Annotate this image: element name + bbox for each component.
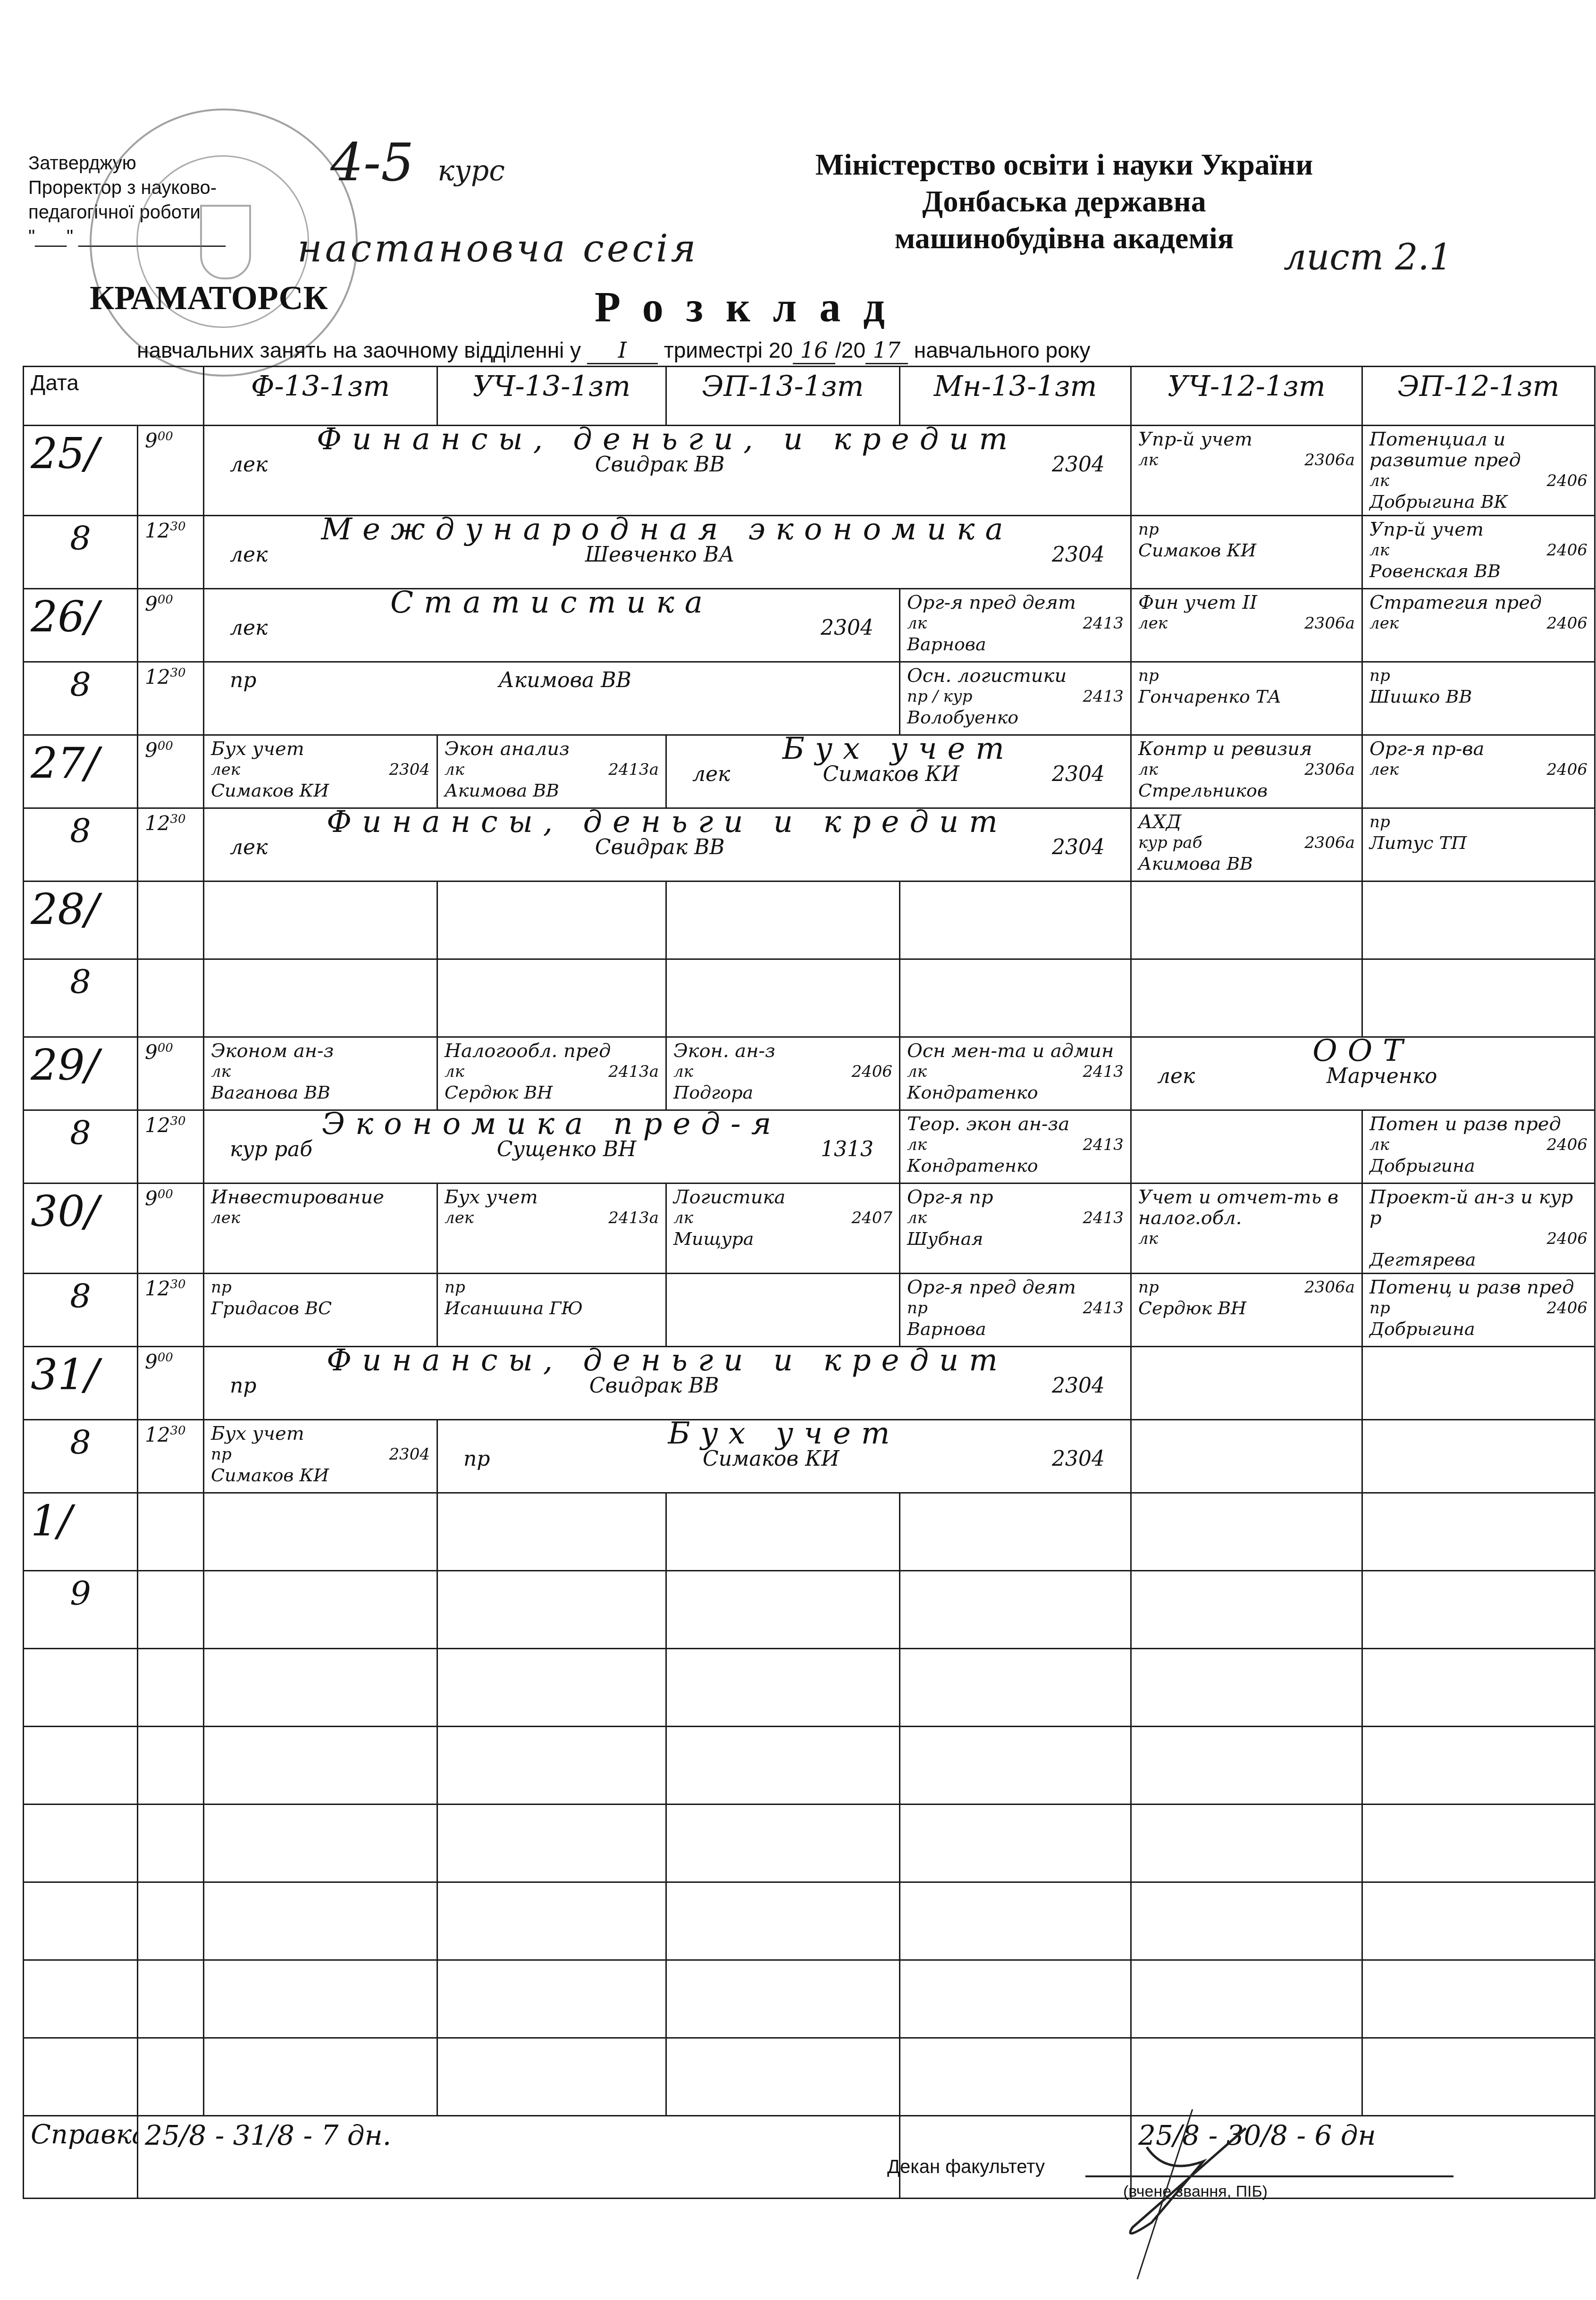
trident-emblem-icon xyxy=(200,205,251,279)
blank-cell[interactable] xyxy=(900,1649,1131,1727)
schedule-cell[interactable]: Бух учетпр2304Симаков КИ xyxy=(204,1420,437,1493)
class-meta: пр xyxy=(211,1277,430,1298)
room-number: 2413 xyxy=(1083,1134,1124,1155)
schedule-cell[interactable] xyxy=(1131,1347,1362,1420)
subject-name: Экон анализ xyxy=(445,739,659,759)
ministry-line-2: Донбаська державна xyxy=(746,183,1383,220)
year-start-field: 16 xyxy=(793,337,835,364)
merged-schedule-cell[interactable]: Финансы, деньги и кредитлекСвидрак ВВ230… xyxy=(204,808,1131,881)
teacher-name: Шишко ВВ xyxy=(1369,686,1588,707)
class-type: пр / кур xyxy=(907,686,973,707)
schedule-cell[interactable] xyxy=(204,959,437,1037)
blank-cell[interactable] xyxy=(900,1727,1131,1805)
subject-name: Международная экономика xyxy=(211,519,1124,540)
schedule-cell[interactable] xyxy=(1131,959,1362,1037)
schedule-cell[interactable]: Налогообл. предлк2413аСердюк ВН xyxy=(437,1037,666,1110)
schedule-row: 81230прАкимова ВВОсн. логистикипр / кур2… xyxy=(24,662,1595,735)
class-meta: лк2413а xyxy=(445,759,659,780)
class-type: лек xyxy=(445,1208,474,1228)
schedule-row: 8 xyxy=(24,959,1595,1037)
class-meta: лек2304 xyxy=(211,618,892,638)
schedule-cell[interactable]: Бух учетлек2304Симаков КИ xyxy=(204,735,437,808)
class-meta: 2406 xyxy=(1369,1228,1588,1249)
blank-cell[interactable] xyxy=(204,1960,437,2038)
class-type: кур раб xyxy=(230,1139,312,1160)
teacher-name: Симаков КИ xyxy=(211,780,430,801)
subject-name: Упр-й учет xyxy=(1138,429,1355,450)
schedule-cell[interactable]: Контр и ревизиялк2306аСтрельников xyxy=(1131,735,1362,808)
blank-cell[interactable] xyxy=(437,1649,666,1727)
blank-cell xyxy=(24,1805,138,1882)
subject-name: Финансы, деньги, и кредит xyxy=(211,429,1124,450)
subject-name: Орг-я пред деят xyxy=(907,1277,1124,1298)
class-type: лек xyxy=(211,1208,240,1228)
class-meta: лк2406 xyxy=(1369,1134,1588,1155)
time-slot: 1230 xyxy=(138,1420,204,1493)
schedule-cell[interactable] xyxy=(1131,1420,1362,1493)
subject-name: ООТ xyxy=(1138,1041,1588,1061)
room-number: 2304 xyxy=(1052,764,1105,785)
class-meta: лк2406 xyxy=(673,1061,892,1082)
blank-row xyxy=(24,2038,1595,2116)
room-number: 2304 xyxy=(1052,454,1105,475)
teacher-name: Волобуенко xyxy=(907,707,1124,728)
room-number: 2413 xyxy=(1083,1061,1124,1082)
schedule-cell[interactable]: прШишко ВВ xyxy=(1362,662,1595,735)
class-type: пр xyxy=(445,1277,465,1298)
time-slot: 900 xyxy=(138,426,204,516)
schedule-cell[interactable]: Инвестированиелек xyxy=(204,1184,437,1274)
merged-schedule-cell[interactable]: Международная экономикалекШевченко ВА230… xyxy=(204,516,1131,589)
blank-row xyxy=(24,1882,1595,1960)
course-number: 4-5 xyxy=(330,132,414,193)
blank-cell[interactable] xyxy=(1131,1805,1362,1882)
room-number: 2413а xyxy=(608,1208,659,1228)
subject-name: Экономика пред-я xyxy=(211,1114,892,1134)
blank-cell xyxy=(138,2038,204,2116)
schedule-cell[interactable]: прИсаншина ГЮ xyxy=(437,1274,666,1347)
class-type: лк xyxy=(1138,759,1158,780)
schedule-cell[interactable]: Экон. ан-злк2406Подгора xyxy=(666,1037,900,1110)
schedule-cell[interactable] xyxy=(437,1571,666,1649)
schedule-cell[interactable]: Орг-я пред деятпр2413Варнова xyxy=(900,1274,1131,1347)
schedule-cell[interactable]: прГридасов ВС xyxy=(204,1274,437,1347)
room-number: 2304 xyxy=(821,618,874,638)
class-meta: лк2306а xyxy=(1138,759,1355,780)
schedule-cell[interactable]: Осн. логистикипр / кур2413Волобуенко xyxy=(900,662,1131,735)
class-type: пр xyxy=(1369,1298,1390,1318)
subject-name: Инвестирование xyxy=(211,1187,430,1208)
date-day: 26/ xyxy=(24,589,138,662)
schedule-cell[interactable]: пр2306аСердюк ВН xyxy=(1131,1274,1362,1347)
date-day: 29/ xyxy=(24,1037,138,1110)
schedule-cell[interactable]: Бух учетлек2413а xyxy=(437,1184,666,1274)
schedule-cell[interactable]: Учет и отчет-ть в налог.обл.лк xyxy=(1131,1184,1362,1274)
blank-cell[interactable] xyxy=(900,1882,1131,1960)
schedule-cell[interactable]: Потенц и разв предпр2406Добрыгина xyxy=(1362,1274,1595,1347)
teacher-name: Свидрак ВВ xyxy=(589,1376,719,1396)
date-day: 28/ xyxy=(24,881,138,959)
teacher-name: Симаков КИ xyxy=(1138,540,1355,561)
class-meta: пр2306а xyxy=(1138,1277,1355,1298)
date-month: 8 xyxy=(24,516,138,589)
teacher-name: Ваганова ВВ xyxy=(211,1082,430,1103)
blank-cell[interactable] xyxy=(1362,1882,1595,1960)
room-number: 2306а xyxy=(1304,1277,1355,1298)
schedule-cell[interactable]: прГончаренко ТА xyxy=(1131,662,1362,735)
teacher-name: Гридасов ВС xyxy=(211,1298,430,1318)
blank-cell[interactable] xyxy=(437,1960,666,2038)
subject-name: Бух учет xyxy=(211,1423,430,1444)
schedule-cell[interactable] xyxy=(666,881,900,959)
schedule-cell[interactable]: прЛитус ТП xyxy=(1362,808,1595,881)
date-month: 9 xyxy=(24,1571,138,1649)
class-type: лек xyxy=(211,759,240,780)
class-type: кур раб xyxy=(1138,832,1202,853)
schedule-cell[interactable] xyxy=(1362,1347,1595,1420)
teacher-name: Варнова xyxy=(907,634,1124,655)
blank-cell[interactable] xyxy=(204,1649,437,1727)
blank-cell[interactable] xyxy=(900,1960,1131,2038)
class-type: лек xyxy=(230,618,268,638)
class-type: лек xyxy=(1138,613,1168,634)
room-number: 2406 xyxy=(1546,1134,1588,1155)
date-month: 8 xyxy=(24,1420,138,1493)
class-type: лк xyxy=(1369,540,1389,561)
schedule-cell[interactable] xyxy=(1131,1571,1362,1649)
schedule-cell[interactable]: Эконом ан-злкВаганова ВВ xyxy=(204,1037,437,1110)
schedule-row: 28/ xyxy=(24,881,1595,959)
blank-cell[interactable] xyxy=(1362,1960,1595,2038)
class-meta: лекМарченко xyxy=(1138,1066,1588,1087)
class-meta: пр xyxy=(1138,665,1355,686)
class-type: лек xyxy=(230,454,268,475)
class-meta: лк2406 xyxy=(1369,540,1588,561)
schedule-row: 81230Международная экономикалекШевченко … xyxy=(24,516,1595,589)
class-type: лк xyxy=(1138,450,1158,470)
subtitle-text-1: навчальних занять на заочному відділенні… xyxy=(137,338,581,362)
blank-row xyxy=(24,1727,1595,1805)
blank-cell xyxy=(138,1649,204,1727)
teacher-name: Литус ТП xyxy=(1369,832,1588,853)
class-type: пр xyxy=(230,670,257,691)
trimester-field: I xyxy=(587,337,658,364)
schedule-cell[interactable] xyxy=(900,881,1131,959)
class-meta: лек2413а xyxy=(445,1208,659,1228)
schedule-cell[interactable] xyxy=(1362,1420,1595,1493)
blank-cell[interactable] xyxy=(900,2038,1131,2116)
schedule-cell[interactable]: Логистикалк2407Мищура xyxy=(666,1184,900,1274)
class-meta: пр2406 xyxy=(1369,1298,1588,1318)
teacher-name: Симаков КИ xyxy=(823,764,959,785)
subject-name: Бух учет xyxy=(445,1187,659,1208)
schedule-cell[interactable]: Осн мен-та и админлк2413Кондратенко xyxy=(900,1037,1131,1110)
class-meta: лек2306а xyxy=(1138,613,1355,634)
schedule-cell[interactable]: Орг-я пред деятлк2413Варнова xyxy=(900,589,1131,662)
room-number: 2304 xyxy=(1052,1376,1105,1396)
group-header: УЧ-13-1зт xyxy=(437,367,666,426)
time-slot: 1230 xyxy=(138,516,204,589)
class-type: пр xyxy=(211,1277,232,1298)
subject-name: Логистика xyxy=(673,1187,892,1208)
subject-name: Орг-я пр-ва xyxy=(1369,739,1588,759)
class-meta: лек2406 xyxy=(1369,613,1588,634)
blank-cell[interactable] xyxy=(204,2038,437,2116)
teacher-name: Кондратенко xyxy=(907,1155,1124,1176)
group-header: УЧ-12-1зт xyxy=(1131,367,1362,426)
room-number: 2413 xyxy=(1083,1208,1124,1228)
blank-cell[interactable] xyxy=(900,1805,1131,1882)
room-number: 2306а xyxy=(1304,450,1355,470)
schedule-cell[interactable] xyxy=(204,881,437,959)
time-slot xyxy=(138,1493,204,1571)
blank-cell[interactable] xyxy=(1362,2038,1595,2116)
schedule-cell[interactable] xyxy=(1362,881,1595,959)
class-type: лк xyxy=(907,1134,927,1155)
schedule-cell[interactable] xyxy=(900,1493,1131,1571)
blank-cell xyxy=(138,1960,204,2038)
class-meta: лк xyxy=(1138,1228,1355,1249)
schedule-cell[interactable]: АХДкур раб2306аАкимова ВВ xyxy=(1131,808,1362,881)
schedule-cell[interactable] xyxy=(1131,1110,1362,1184)
blank-cell xyxy=(24,1649,138,1727)
class-type: лк xyxy=(1369,470,1389,491)
room-number: 2413а xyxy=(608,759,659,780)
room-number: 2413 xyxy=(1083,1298,1124,1318)
teacher-name: Стрельников xyxy=(1138,780,1355,801)
class-type: лк xyxy=(1138,1228,1158,1249)
room-number: 2306а xyxy=(1304,759,1355,780)
subject-name: Финансы, деньги и кредит xyxy=(211,812,1124,832)
class-meta: лекСимаков КИ2304 xyxy=(673,764,1124,785)
subtitle-sep: /20 xyxy=(835,338,865,362)
room-number: 2413 xyxy=(1083,686,1124,707)
blank-cell[interactable] xyxy=(666,1727,900,1805)
schedule-row: 29/900Эконом ан-злкВаганова ВВНалогообл.… xyxy=(24,1037,1595,1110)
blank-cell xyxy=(24,2038,138,2116)
city-name: КРАМАТОРСК xyxy=(90,278,328,318)
schedule-cell[interactable] xyxy=(437,881,666,959)
blank-cell xyxy=(24,1882,138,1960)
room-number: 2406 xyxy=(1546,540,1588,561)
subject-name: Проект-й ан-з и кур р xyxy=(1369,1187,1588,1228)
teacher-name: Шубная xyxy=(907,1228,1124,1249)
blank-cell[interactable] xyxy=(666,1960,900,2038)
class-meta: лк2413 xyxy=(907,1208,1124,1228)
schedule-cell[interactable]: Потенциал и развитие предлк2406Добрыгина… xyxy=(1362,426,1595,516)
class-type: пр xyxy=(1369,812,1390,832)
class-type: лек xyxy=(230,545,268,565)
date-month: 8 xyxy=(24,959,138,1037)
blank-cell xyxy=(24,1727,138,1805)
class-type: лк xyxy=(211,1061,231,1082)
subject-name: Упр-й учет xyxy=(1369,519,1588,540)
blank-cell[interactable] xyxy=(666,2038,900,2116)
room-number: 2407 xyxy=(851,1208,892,1228)
teacher-name: Симаков КИ xyxy=(211,1465,430,1486)
schedule-cell[interactable] xyxy=(1131,1493,1362,1571)
merged-schedule-cell[interactable]: прАкимова ВВ xyxy=(204,662,900,735)
blank-cell[interactable] xyxy=(437,1882,666,1960)
schedule-cell[interactable] xyxy=(1362,1571,1595,1649)
schedule-row: 81230Финансы, деньги и кредитлекСвидрак … xyxy=(24,808,1595,881)
blank-cell[interactable] xyxy=(437,1805,666,1882)
schedule-row: 27/900Бух учетлек2304Симаков КИЭкон анал… xyxy=(24,735,1595,808)
schedule-cell[interactable]: Экон анализлк2413аАкимова ВВ xyxy=(437,735,666,808)
teacher-name: Добрыгина ВК xyxy=(1369,491,1588,512)
room-number: 2304 xyxy=(1052,837,1105,858)
merged-schedule-cell[interactable]: Статистикалек2304 xyxy=(204,589,900,662)
blank-cell[interactable] xyxy=(1131,1960,1362,2038)
class-meta: прСвидрак ВВ2304 xyxy=(211,1376,1124,1396)
teacher-name: Сердюк ВН xyxy=(445,1082,659,1103)
class-type: пр xyxy=(1138,665,1159,686)
teacher-name: Акимова ВВ xyxy=(499,670,631,691)
teacher-name: Свидрак ВВ xyxy=(595,454,725,475)
dean-signature-icon xyxy=(1076,2109,1369,2279)
time-slot: 900 xyxy=(138,1347,204,1420)
room-number: 2304 xyxy=(389,1444,430,1465)
teacher-name: Марченко xyxy=(1327,1066,1437,1087)
group-header: Ф-13-1зт xyxy=(204,367,437,426)
time-slot xyxy=(138,881,204,959)
class-type: лк xyxy=(907,1061,927,1082)
schedule-cell[interactable] xyxy=(666,1571,900,1649)
room-number: 2304 xyxy=(389,759,430,780)
class-type: пр xyxy=(907,1298,928,1318)
schedule-row: 81230прГридасов ВСпрИсаншина ГЮОрг-я пре… xyxy=(24,1274,1595,1347)
blank-cell[interactable] xyxy=(666,1805,900,1882)
schedule-cell[interactable]: Стратегия предлек2406 xyxy=(1362,589,1595,662)
class-type: лек xyxy=(692,764,730,785)
blank-cell[interactable] xyxy=(1131,2038,1362,2116)
blank-cell[interactable] xyxy=(204,1882,437,1960)
blank-cell[interactable] xyxy=(437,1727,666,1805)
schedule-cell[interactable]: прСимаков КИ xyxy=(1131,516,1362,589)
blank-cell[interactable] xyxy=(666,1882,900,1960)
merged-schedule-cell[interactable]: ООТлекМарченко xyxy=(1131,1037,1595,1110)
teacher-name: Дегтярева xyxy=(1369,1249,1588,1270)
schedule-cell[interactable] xyxy=(1362,1493,1595,1571)
blank-cell[interactable] xyxy=(204,1805,437,1882)
schedule-cell[interactable]: Потен и разв предлк2406Добрыгина xyxy=(1362,1110,1595,1184)
time-slot: 1230 xyxy=(138,1274,204,1347)
class-meta: лк2413 xyxy=(907,613,1124,634)
schedule-cell[interactable] xyxy=(666,959,900,1037)
schedule-cell[interactable]: Проект-й ан-з и кур р2406Дегтярева xyxy=(1362,1184,1595,1274)
schedule-cell[interactable]: Орг-я пр-валек2406 xyxy=(1362,735,1595,808)
blank-row xyxy=(24,1649,1595,1727)
blank-cell[interactable] xyxy=(1131,1649,1362,1727)
teacher-name: Исаншина ГЮ xyxy=(445,1298,659,1318)
blank-cell[interactable] xyxy=(1131,1727,1362,1805)
blank-cell[interactable] xyxy=(437,2038,666,2116)
group-header: ЭП-12-1зт xyxy=(1362,367,1595,426)
blank-cell[interactable] xyxy=(1362,1727,1595,1805)
schedule-cell[interactable] xyxy=(900,959,1131,1037)
blank-cell xyxy=(138,1805,204,1882)
blank-cell[interactable] xyxy=(1131,1882,1362,1960)
schedule-cell[interactable]: Упр-й учетлк2306а xyxy=(1131,426,1362,516)
schedule-row: 81230Бух учетпр2304Симаков КИБух учетпрС… xyxy=(24,1420,1595,1493)
class-type: пр xyxy=(211,1444,232,1465)
subject-name: Фин учет II xyxy=(1138,592,1355,613)
subject-name: Стратегия пред xyxy=(1369,592,1588,613)
merged-schedule-cell[interactable]: Финансы, деньги, и кредитлекСвидрак ВВ23… xyxy=(204,426,1131,516)
schedule-cell[interactable] xyxy=(204,1571,437,1649)
schedule-cell[interactable] xyxy=(666,1274,900,1347)
class-meta: пр / кур2413 xyxy=(907,686,1124,707)
class-type: лк xyxy=(673,1208,693,1228)
schedule-cell[interactable] xyxy=(1131,881,1362,959)
schedule-cell[interactable] xyxy=(900,1571,1131,1649)
class-type: лек xyxy=(1157,1066,1195,1087)
class-type: лк xyxy=(907,613,927,634)
merged-schedule-cell[interactable]: Бух учетпрСимаков КИ2304 xyxy=(437,1420,1131,1493)
date-day: 31/ xyxy=(24,1347,138,1420)
schedule-cell[interactable] xyxy=(204,1493,437,1571)
class-meta: прСимаков КИ2304 xyxy=(445,1449,1124,1469)
schedule-cell[interactable] xyxy=(437,1493,666,1571)
class-meta: пр xyxy=(1369,812,1588,832)
room-number: 2406 xyxy=(1546,1228,1588,1249)
class-meta: лек2304 xyxy=(211,759,430,780)
note-left-value: 25/8 - 31/8 - 7 дн. xyxy=(138,2116,900,2199)
schedule-cell[interactable] xyxy=(437,959,666,1037)
date-month: 8 xyxy=(24,1274,138,1347)
subject-name: Потенц и разв пред xyxy=(1369,1277,1588,1298)
time-slot: 900 xyxy=(138,1184,204,1274)
blank-cell[interactable] xyxy=(204,1727,437,1805)
subject-name: Бух учет xyxy=(211,739,430,759)
group-header: Мн-13-1зт xyxy=(900,367,1131,426)
class-meta: лк xyxy=(211,1061,430,1082)
schedule-row: 1/ xyxy=(24,1493,1595,1571)
room-number: 2413 xyxy=(1083,613,1124,634)
schedule-row: 81230Экономика пред-якур рабСущенко ВН13… xyxy=(24,1110,1595,1184)
blank-cell xyxy=(138,1727,204,1805)
merged-schedule-cell[interactable]: Финансы, деньги и кредитпрСвидрак ВВ2304 xyxy=(204,1347,1131,1420)
blank-cell[interactable] xyxy=(1362,1649,1595,1727)
date-day: 1/ xyxy=(24,1493,138,1571)
room-number: 2406 xyxy=(1546,759,1588,780)
class-meta: лекСвидрак ВВ2304 xyxy=(211,454,1124,475)
merged-schedule-cell[interactable]: Бух учетлекСимаков КИ2304 xyxy=(666,735,1131,808)
class-type: лек xyxy=(1369,759,1399,780)
subject-name: Осн. логистики xyxy=(907,665,1124,686)
blank-row xyxy=(24,1805,1595,1882)
blank-cell[interactable] xyxy=(1362,1805,1595,1882)
subject-name: Осн мен-та и админ xyxy=(907,1041,1124,1061)
schedule-cell[interactable]: Фин учет IIлек2306а xyxy=(1131,589,1362,662)
course-word: курс xyxy=(437,154,505,187)
schedule-row: 30/900ИнвестированиелекБух учетлек2413аЛ… xyxy=(24,1184,1595,1274)
subject-name: Орг-я пред деят xyxy=(907,592,1124,613)
schedule-cell[interactable]: Орг-я прлк2413Шубная xyxy=(900,1184,1131,1274)
time-slot: 900 xyxy=(138,1037,204,1110)
blank-cell[interactable] xyxy=(666,1649,900,1727)
schedule-cell[interactable] xyxy=(1362,959,1595,1037)
schedule-cell[interactable]: Теор. экон ан-залк2413Кондратенко xyxy=(900,1110,1131,1184)
schedule-cell[interactable]: Упр-й учетлк2406Ровенская ВВ xyxy=(1362,516,1595,589)
time-slot xyxy=(138,1571,204,1649)
schedule-cell[interactable] xyxy=(666,1493,900,1571)
room-number: 2406 xyxy=(1546,1298,1588,1318)
date-month: 8 xyxy=(24,1110,138,1184)
teacher-name: Гончаренко ТА xyxy=(1138,686,1355,707)
merged-schedule-cell[interactable]: Экономика пред-якур рабСущенко ВН1313 xyxy=(204,1110,900,1184)
date-day: 25/ xyxy=(24,426,138,516)
